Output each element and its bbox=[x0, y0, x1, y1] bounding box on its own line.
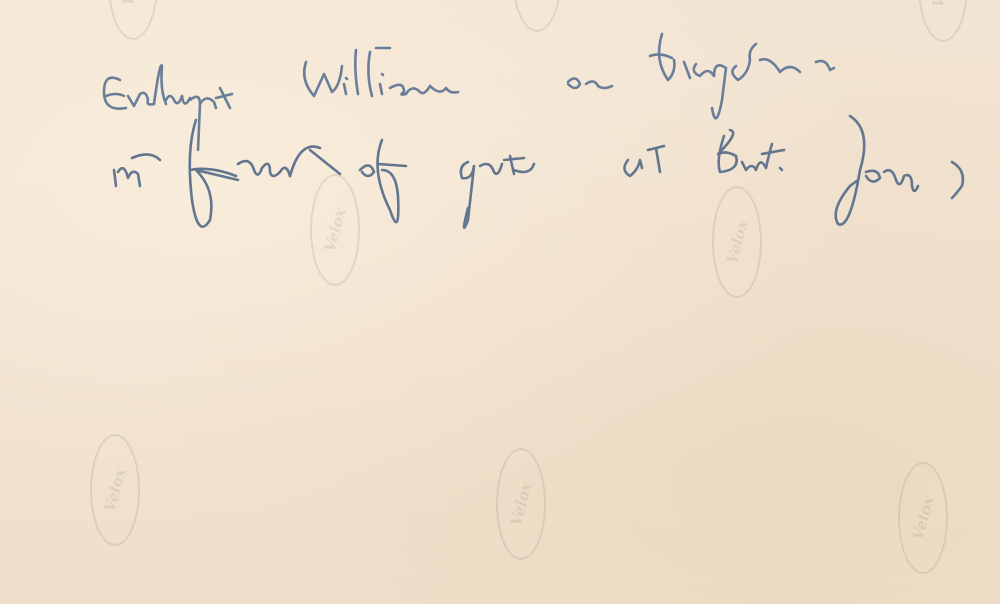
inscription-line-2-strokes bbox=[114, 116, 963, 228]
inscription-line-1-strokes bbox=[104, 34, 834, 150]
postcard-back: Velox Velox Velox Velox Velox Velox Velo… bbox=[0, 0, 1000, 604]
handwritten-inscription bbox=[0, 0, 1000, 604]
